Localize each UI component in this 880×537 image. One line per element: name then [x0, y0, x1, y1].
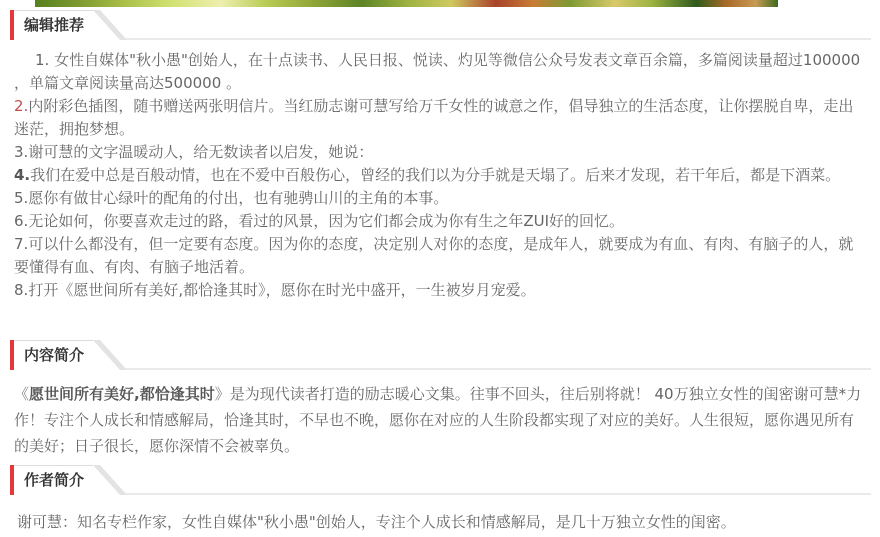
recommend-item: 2.内附彩色插图，随书赠送两张明信片。当红励志谢可慧写给万千女性的诚意之作，倡导…	[14, 95, 868, 141]
item-number: 3.	[14, 143, 28, 161]
tab-slant	[93, 10, 127, 40]
recommend-item: 5.愿你有做甘心绿叶的配角的付出，也有驰骋山川的主角的本事。	[14, 187, 868, 210]
item-text: 可以什么都没有，但一定要有态度。因为你的态度，决定别人对你的态度，是成年人，就要…	[14, 235, 853, 276]
item-text: 谢可慧的文字温暖动人，给无数读者以启发，她说：	[28, 143, 373, 161]
item-number: 6.	[14, 212, 28, 230]
section-title-author-intro: 作者简介	[14, 465, 93, 495]
recommend-item: 1. 女性自媒体"秋小愚"创始人，在十点读书、人民日报、悦读、灼见等微信公众号发…	[14, 49, 868, 95]
content-intro-header: 内容简介	[10, 340, 871, 370]
section-author-intro: 作者简介 谢可慧：知名专栏作家，女性自媒体"秋小愚"创始人，专注个人成长和情感解…	[0, 465, 880, 535]
section-editor-recommend: 编辑推荐 1. 女性自媒体"秋小愚"创始人，在十点读书、人民日报、悦读、灼见等微…	[0, 10, 880, 302]
content-intro-text: 《愿世间所有美好,都恰逢其时》是为现代读者打造的励志暖心文集。往事不回头，往后别…	[14, 381, 866, 459]
recommend-item: 4.我们在爱中总是百般动情，也在不爱中百般伤心，曾经的我们以为分手就是天塌了。后…	[14, 164, 868, 187]
item-text: 女性自媒体"秋小愚"创始人，在十点读书、人民日报、悦读、灼见等微信公众号发表文章…	[14, 51, 860, 92]
section-title-content-intro: 内容简介	[14, 340, 93, 370]
item-number: 4.	[14, 166, 30, 184]
item-text: 我们在爱中总是百般动情，也在不爱中百般伤心，曾经的我们以为分手就是天塌了。后来才…	[30, 166, 840, 184]
content-intro-paragraph: 《愿世间所有美好,都恰逢其时》是为现代读者打造的励志暖心文集。往事不回头，往后别…	[0, 370, 880, 459]
recommend-item: 8.打开《愿世间所有美好,都恰逢其时》，愿你在时光中盛开，一生被岁月宠爱。	[14, 279, 868, 302]
author-intro-header: 作者简介	[10, 465, 871, 495]
section-title-editor-recommend: 编辑推荐	[14, 10, 93, 40]
editor-recommend-header: 编辑推荐	[10, 10, 871, 40]
item-number: 1.	[35, 51, 54, 69]
item-text: 愿你有做甘心绿叶的配角的付出，也有驰骋山川的主角的本事。	[28, 189, 448, 207]
item-text: 打开《愿世间所有美好,都恰逢其时》，愿你在时光中盛开，一生被岁月宠爱。	[28, 281, 535, 299]
item-text: 无论如何，你要喜欢走过的路，看过的风景，因为它们都会成为你有生之年ZUI好的回忆…	[28, 212, 624, 230]
editor-recommend-list: 1. 女性自媒体"秋小愚"创始人，在十点读书、人民日报、悦读、灼见等微信公众号发…	[0, 40, 880, 302]
tab-slant	[93, 340, 127, 370]
book-title-bold: 愿世间所有美好,都恰逢其时	[29, 385, 215, 403]
item-number: 5.	[14, 189, 28, 207]
section-content-intro: 内容简介 《愿世间所有美好,都恰逢其时》是为现代读者打造的励志暖心文集。往事不回…	[0, 340, 880, 459]
recommend-item: 7.可以什么都没有，但一定要有态度。因为你的态度，决定别人对你的态度，是成年人，…	[14, 233, 868, 279]
author-intro-text: 谢可慧：知名专栏作家，女性自媒体"秋小愚"创始人，专注个人成长和情感解局，是几十…	[17, 509, 866, 535]
item-text: 内附彩色插图，随书赠送两张明信片。当红励志谢可慧写给万千女性的诚意之作，倡导独立…	[14, 97, 853, 138]
decorative-image-strip	[35, 0, 778, 7]
divider-line	[126, 38, 871, 40]
recommend-item: 6.无论如何，你要喜欢走过的路，看过的风景，因为它们都会成为你有生之年ZUI好的…	[14, 210, 868, 233]
paragraph-segment: 《	[14, 385, 29, 403]
tab-slant	[93, 465, 127, 495]
divider-line	[126, 493, 871, 495]
item-number: 8.	[14, 281, 28, 299]
recommend-item: 3.谢可慧的文字温暖动人，给无数读者以启发，她说：	[14, 141, 868, 164]
author-intro-paragraph: 谢可慧：知名专栏作家，女性自媒体"秋小愚"创始人，专注个人成长和情感解局，是几十…	[0, 495, 880, 535]
item-number: 7.	[14, 235, 28, 253]
divider-line	[126, 368, 871, 370]
item-number: 2.	[14, 97, 28, 115]
